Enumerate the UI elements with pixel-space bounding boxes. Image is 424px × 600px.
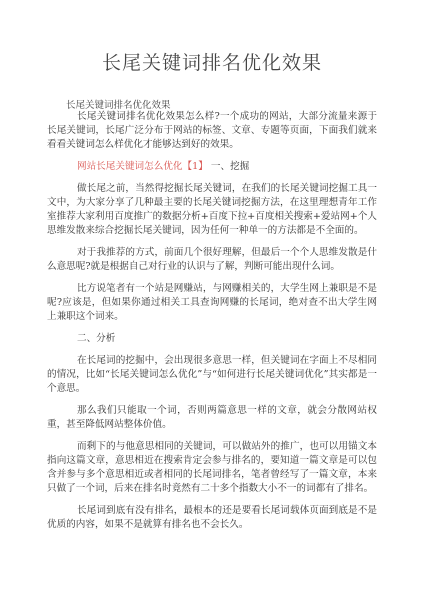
paragraph: 那么我们只能取一个词，否则两篇意思一样的文章，就会分散网站权重，甚至降低网站整体… (47, 404, 377, 432)
document-page: 长尾关键词排名优化效果 长尾关键词排名优化效果 长尾关键词排名优化效果怎么样?一… (0, 0, 424, 600)
document-body: 长尾关键词排名优化效果怎么样?一个成功的网站，大部分流量来源于长尾关键词，长尾广… (47, 110, 377, 540)
paragraph: 长尾词到底有没有排名，最根本的还是要看长尾词载体页面到底是不是优质的内容，如果不… (47, 504, 377, 532)
heading-text: 一、挖掘 (208, 161, 249, 172)
paragraph: 在长尾词的挖掘中，会出现很多意思一样，但关键词在字面上不尽相同的情况，比如“长尾… (47, 354, 377, 396)
paragraph: 对于我推荐的方式，前面几个很好理解，但最后一个个人思维发散是什么意思呢?就是根据… (47, 246, 377, 274)
document-title: 长尾关键词排名优化效果 (0, 48, 424, 75)
paragraph: 比方说笔者有一个站是网赚站，与网赚相关的，大学生网上兼职是不是呢?应该是，但如果… (47, 282, 377, 324)
document-subtitle: 长尾关键词排名优化效果 (66, 97, 171, 111)
paragraph-intro: 长尾关键词排名优化效果怎么样?一个成功的网站，大部分流量来源于长尾关键词，长尾广… (47, 110, 377, 152)
section-heading-mining: 网站长尾关键词怎么优化【1】 一、挖掘 (47, 160, 377, 174)
section-heading-analysis: 二、分析 (47, 332, 377, 346)
paragraph: 而剩下的与他意思相同的关键词，可以做站外的推广，也可以用锚文本指向这篇文章，意思… (47, 440, 377, 496)
paragraph: 做长尾之前，当然得挖掘长尾关键词，在我们的长尾关键词挖掘工具一文中，为大家分享了… (47, 182, 377, 238)
related-article-link[interactable]: 网站长尾关键词怎么优化【1】 (77, 161, 208, 172)
